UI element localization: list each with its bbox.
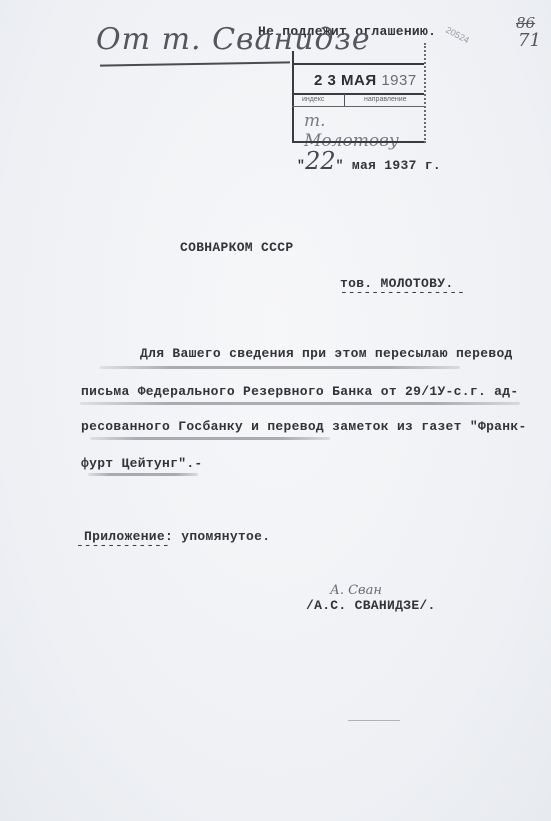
stamp-date-day-month: 2 3 МАЯ [314,72,377,89]
date-open-quote: " [297,158,305,173]
stamp-divider [292,93,424,95]
highlight-underline-3 [90,437,330,440]
faint-registration-stamp: 20524 [444,25,471,46]
stamp-handwritten-routing: т. Молотову [304,111,422,151]
body-line-1: Для Вашего сведения при этом пересылаю п… [140,346,513,361]
stamp-date: 2 3 МАЯ 1937 [314,72,417,89]
stamp-border-bottom [292,141,424,143]
stamp-date-year: 1937 [381,72,416,89]
archive-number: 71 [518,30,541,51]
highlight-underline-2 [80,402,520,405]
date-month-year: " мая 1937 г. [336,158,441,173]
body-line-3: ресованного Госбанку и перевод заметок и… [81,419,527,434]
handwritten-signature: А. Сван [330,583,382,598]
stamp-index-label: индекс [302,96,324,103]
typed-signature: /А.С. СВАНИДЗЕ/. [306,598,436,613]
body-line-4: фурт Цейтунг".- [81,456,203,471]
addressee-underline: ---------------- [340,285,465,300]
stamp-border-right [424,43,426,143]
body-line-2: письма Федерального Резервного Банка от … [81,384,518,399]
faint-mark [348,720,400,721]
stamp-border-top [292,63,424,65]
received-stamp: 2 3 МАЯ 1937 индекс направление т. Молот… [292,63,422,143]
addressee-organization: СОВНАРКОМ СССР [180,240,293,255]
stamp-row-line [292,106,424,107]
stamp-column-separator [344,94,345,106]
handwritten-from-note: От т. Сванидзе [96,22,371,57]
handwritten-underline [100,61,290,66]
highlight-underline-4 [88,473,198,476]
document-date: "22" мая 1937 г. [297,147,441,175]
stamp-direction-label: направление [364,96,407,103]
date-day-handwritten: 22 [305,147,336,175]
highlight-underline-1 [100,366,460,369]
document-page: Не подлежит оглашению. От т. Сванидзе 86… [0,0,551,821]
attachment-underline: ------------ [76,538,170,553]
